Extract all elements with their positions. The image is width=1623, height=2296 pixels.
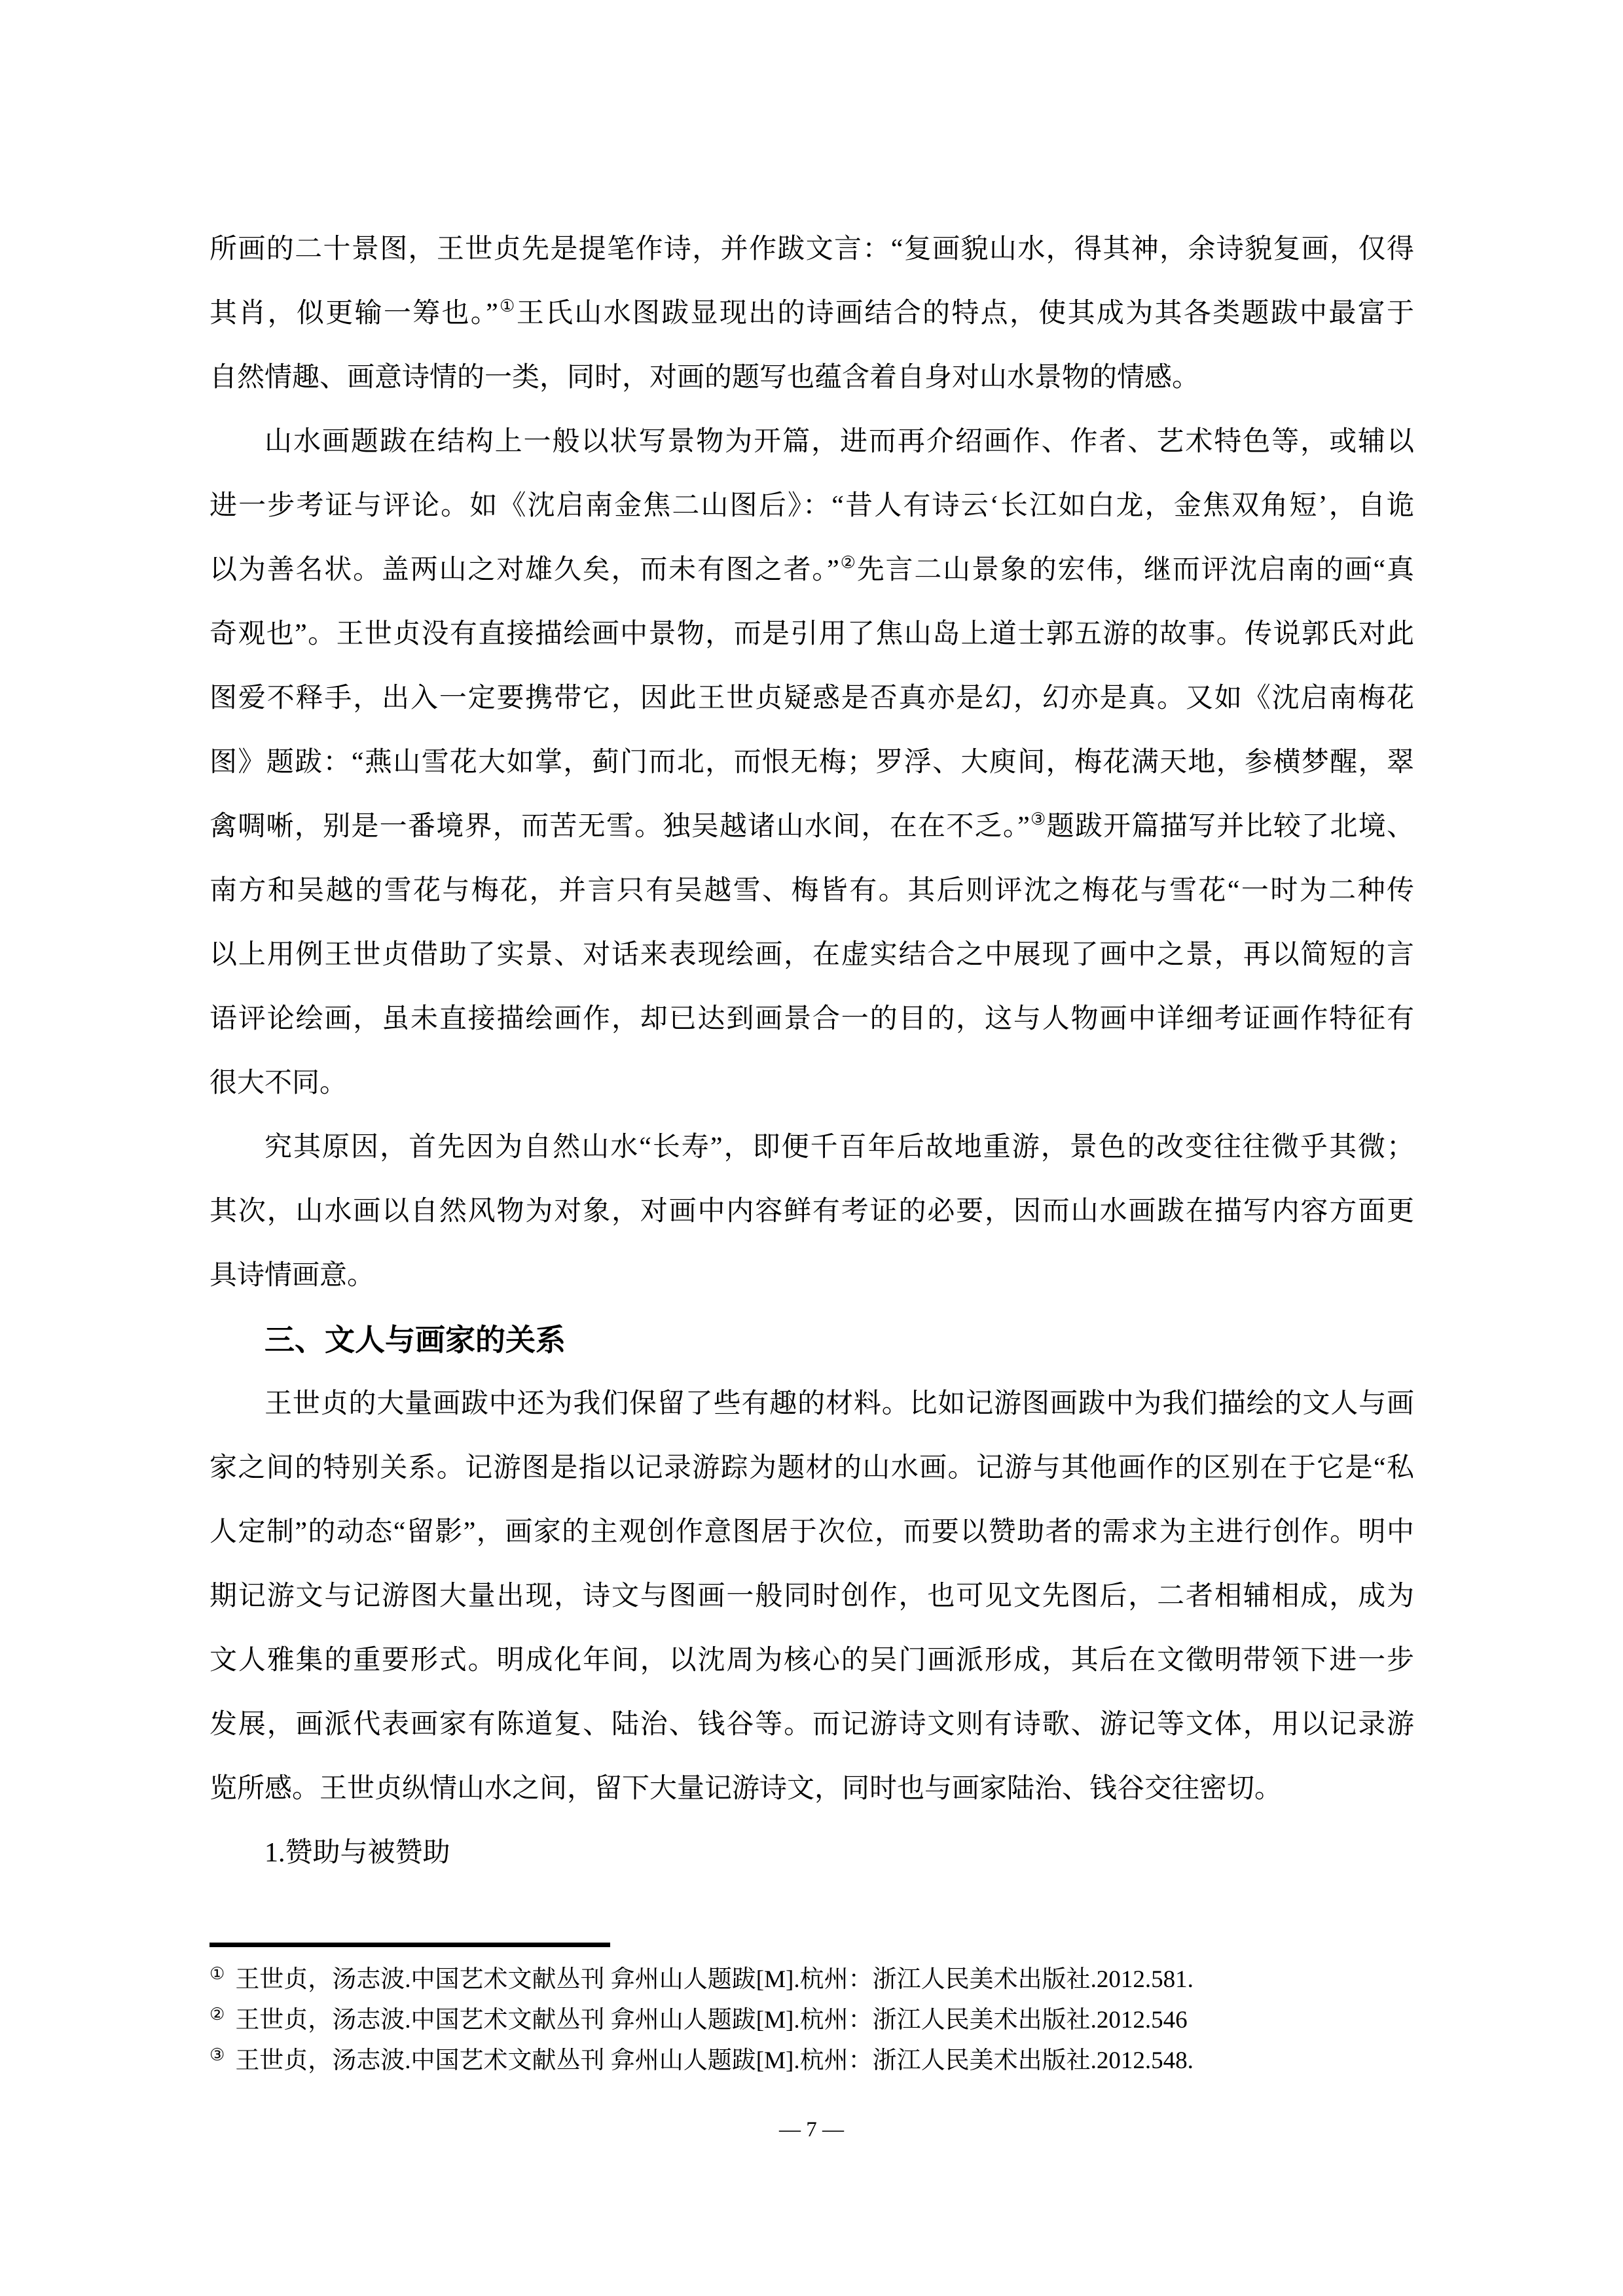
text-segment: 禽啁唽，别是一番境界，而苦无雪。独吴越诸山水间，在在不乏。”: [210, 812, 1030, 842]
footnote-text: 王世贞，汤志波.中国艺术文献丛刊 弇州山人题跋[M].杭州：浙江人民美术出版社.…: [235, 2007, 1187, 2034]
text-line: 进一步考证与评论。如《沈启南金焦二山图后》：“昔人有诗云‘长江如白龙，金焦双角短…: [210, 474, 1414, 538]
text-segment: 王世贞的大量画跋中还为我们保留了些有趣的材料。比如记游图画跋中为我们描绘的文人与…: [264, 1389, 1414, 1419]
text-segment: 题跋开篇描写并比较了北境、: [1047, 812, 1414, 842]
text-line: 奇观也”。王世贞没有直接描绘画中景物，而是引用了焦山岛上道士郭五游的故事。传说郭…: [210, 602, 1414, 666]
text-segment: 很大不同。: [210, 1068, 347, 1098]
text-segment: 图爱不释手，出入一定要携带它，因此王世贞疑惑是否真亦是幻，幻亦是真。又如《沈启南…: [210, 683, 1414, 713]
text-segment: 图》题跋：“燕山雪花大如掌，蓟门而北，而恨无梅；罗浮、大庾间，梅花满天地，参横梦…: [210, 747, 1414, 778]
para-reasons: 究其原因，首先因为自然山水“长寿”，即便千百年后故地重游，景色的改变往往微乎其微…: [210, 1115, 1414, 1308]
text-segment: 以为善名状。盖两山之对雄久矣，而未有图之者。”: [210, 555, 839, 585]
text-line: 图》题跋：“燕山雪花大如掌，蓟门而北，而恨无梅；罗浮、大庾间，梅花满天地，参横梦…: [210, 730, 1414, 795]
text-line: 以为善名状。盖两山之对雄久矣，而未有图之者。”②先言二山景象的宏伟，继而评沈启南…: [210, 538, 1414, 602]
text-line: 期记游文与记游图大量出现，诗文与图画一般同时创作，也可见文先图后，二者相辅相成，…: [210, 1564, 1414, 1628]
text-line: 很大不同。: [210, 1051, 1414, 1115]
text-segment: 具诗情画意。: [210, 1261, 374, 1291]
text-segment: 其肖，似更输一筹也。”: [210, 298, 498, 329]
text-line: 人定制”的动态“留影”，画家的主观创作意图居于次位，而要以赞助者的需求为主进行创…: [210, 1500, 1414, 1564]
text-line: 山水画题跋在结构上一般以状写景物为开篇，进而再介绍画作、作者、艺术特色等，或辅以: [210, 410, 1414, 474]
text-line: 禽啁唽，别是一番境界，而苦无雪。独吴越诸山水间，在在不乏。”③题跋开篇描写并比较…: [210, 795, 1414, 859]
footnote-separator-rule: [210, 1943, 610, 1947]
text-line: 语评论绘画，虽未直接描绘画作，却已达到画景合一的目的，这与人物画中详细考证画作特…: [210, 987, 1414, 1051]
text-line: 以上用例王世贞借助了实景、对话来表现绘画，在虚实结合之中展现了画中之景，再以简短…: [210, 923, 1414, 987]
subsection-heading-patronage: 1.赞助与被赞助: [210, 1821, 1414, 1885]
footnote-item: ③王世贞，汤志波.中国艺术文献丛刊 弇州山人题跋[M].杭州：浙江人民美术出版社…: [210, 2041, 1414, 2081]
text-segment: 人定制”的动态“留影”，画家的主观创作意图居于次位，而要以赞助者的需求为主进行创…: [210, 1517, 1414, 1547]
text-segment: 览所感。王世贞纵情山水之间，留下大量记游诗文，同时也与画家陆治、钱谷交往密切。: [210, 1774, 1282, 1804]
para-landscape-inscription-continuation: 所画的二十景图，王世贞先是提笔作诗，并作跋文言：“复画貌山水，得其神，余诗貌复画…: [210, 217, 1414, 410]
text-line: 三、文人与画家的关系: [210, 1308, 1414, 1372]
footnote-ref-marker: ①: [498, 296, 517, 315]
para-structure-of-inscriptions: 山水画题跋在结构上一般以状写景物为开篇，进而再介绍画作、作者、艺术特色等，或辅以…: [210, 410, 1414, 1115]
text-line: 其肖，似更输一筹也。”①王氏山水图跋显现出的诗画结合的特点，使其成为其各类题跋中…: [210, 281, 1414, 346]
text-segment: 山水画题跋在结构上一般以状写景物为开篇，进而再介绍画作、作者、艺术特色等，或辅以: [264, 427, 1414, 457]
document-body: 所画的二十景图，王世贞先是提笔作诗，并作跋文言：“复画貌山水，得其神，余诗貌复画…: [210, 217, 1414, 1885]
text-segment: 自然情趣、画意诗情的一类，同时，对画的题写也蕴含着自身对山水景物的情感。: [210, 363, 1199, 393]
text-line: 所画的二十景图，王世贞先是提笔作诗，并作跋文言：“复画貌山水，得其神，余诗貌复画…: [210, 217, 1414, 281]
text-segment: 王氏山水图跋显现出的诗画结合的特点，使其成为其各类题跋中最富于: [517, 298, 1414, 329]
text-segment: 家之间的特别关系。记游图是指以记录游踪为题材的山水画。记游与其他画作的区别在于它…: [210, 1453, 1414, 1483]
text-line: 发展，画派代表画家有陈道复、陆治、钱谷等。而记游诗文则有诗歌、游记等文体，用以记…: [210, 1693, 1414, 1757]
footnote-text: 王世贞，汤志波.中国艺术文献丛刊 弇州山人题跋[M].杭州：浙江人民美术出版社.…: [235, 1966, 1194, 1993]
page-number: — 7 —: [0, 2115, 1623, 2144]
document-page: 所画的二十景图，王世贞先是提笔作诗，并作跋文言：“复画貌山水，得其神，余诗貌复画…: [0, 0, 1623, 2296]
text-line: 文人雅集的重要形式。明成化年间，以沈周为核心的吴门画派形成，其后在文徵明带领下进…: [210, 1628, 1414, 1693]
footnote-item: ①王世贞，汤志波.中国艺术文献丛刊 弇州山人题跋[M].杭州：浙江人民美术出版社…: [210, 1960, 1414, 2000]
para-travel-record-paintings: 王世贞的大量画跋中还为我们保留了些有趣的材料。比如记游图画跋中为我们描绘的文人与…: [210, 1372, 1414, 1821]
footnotes: ①王世贞，汤志波.中国艺术文献丛刊 弇州山人题跋[M].杭州：浙江人民美术出版社…: [210, 1960, 1414, 2081]
text-line: 王世贞的大量画跋中还为我们保留了些有趣的材料。比如记游图画跋中为我们描绘的文人与…: [210, 1372, 1414, 1436]
footnote-text: 王世贞，汤志波.中国艺术文献丛刊 弇州山人题跋[M].杭州：浙江人民美术出版社.…: [235, 2047, 1194, 2074]
text-segment: 所画的二十景图，王世贞先是提笔作诗，并作跋文言：“复画貌山水，得其神，余诗貌复画…: [210, 234, 1414, 264]
text-line: 1.赞助与被赞助: [210, 1821, 1414, 1885]
footnote-ref-marker: ②: [839, 553, 857, 572]
text-line: 具诗情画意。: [210, 1244, 1414, 1308]
section-heading-literati-painters: 三、文人与画家的关系: [210, 1308, 1414, 1372]
text-segment: 其次，山水画以自然风物为对象，对画中内容鲜有考证的必要，因而山水画跋在描写内容方…: [210, 1196, 1414, 1227]
text-segment: 以上用例王世贞借助了实景、对话来表现绘画，在虚实结合之中展现了画中之景，再以简短…: [210, 940, 1414, 970]
text-line: 究其原因，首先因为自然山水“长寿”，即便千百年后故地重游，景色的改变往往微乎其微…: [210, 1115, 1414, 1179]
footnote-marker: ③: [210, 2045, 225, 2064]
footnote-item: ②王世贞，汤志波.中国艺术文献丛刊 弇州山人题跋[M].杭州：浙江人民美术出版社…: [210, 2000, 1414, 2041]
text-segment: 先言二山景象的宏伟，继而评沈启南的画“真: [857, 555, 1414, 585]
text-segment: 奇观也”。王世贞没有直接描绘画中景物，而是引用了焦山岛上道士郭五游的故事。传说郭…: [210, 619, 1414, 649]
text-line: 览所感。王世贞纵情山水之间，留下大量记游诗文，同时也与画家陆治、钱谷交往密切。: [210, 1757, 1414, 1821]
text-segment: 究其原因，首先因为自然山水“长寿”，即便千百年后故地重游，景色的改变往往微乎其微…: [264, 1132, 1414, 1162]
text-segment: 三、文人与画家的关系: [264, 1323, 566, 1357]
text-line: 其次，山水画以自然风物为对象，对画中内容鲜有考证的必要，因而山水画跋在描写内容方…: [210, 1179, 1414, 1244]
text-segment: 进一步考证与评论。如《沈启南金焦二山图后》：“昔人有诗云‘长江如白龙，金焦双角短…: [210, 491, 1414, 521]
footnote-marker: ②: [210, 2005, 225, 2024]
text-line: 图爱不释手，出入一定要携带它，因此王世贞疑惑是否真亦是幻，幻亦是真。又如《沈启南…: [210, 666, 1414, 730]
text-segment: 发展，画派代表画家有陈道复、陆治、钱谷等。而记游诗文则有诗歌、游记等文体，用以记…: [210, 1710, 1414, 1740]
text-line: 自然情趣、画意诗情的一类，同时，对画的题写也蕴含着自身对山水景物的情感。: [210, 346, 1414, 410]
text-line: 家之间的特别关系。记游图是指以记录游踪为题材的山水画。记游与其他画作的区别在于它…: [210, 1436, 1414, 1500]
text-line: 南方和吴越的雪花与梅花，并言只有吴越雪、梅皆有。其后则评沈之梅花与雪花“一时为二…: [210, 859, 1414, 923]
text-segment: 文人雅集的重要形式。明成化年间，以沈周为核心的吴门画派形成，其后在文徵明带领下进…: [210, 1645, 1414, 1676]
footnote-marker: ①: [210, 1964, 225, 1983]
text-segment: 南方和吴越的雪花与梅花，并言只有吴越雪、梅皆有。其后则评沈之梅花与雪花“一时为二…: [210, 876, 1414, 923]
text-segment: 期记游文与记游图大量出现，诗文与图画一般同时创作，也可见文先图后，二者相辅相成，…: [210, 1581, 1414, 1611]
text-segment: 语评论绘画，虽未直接描绘画作，却已达到画景合一的目的，这与人物画中详细考证画作特…: [210, 1004, 1414, 1034]
text-segment: 1.赞助与被赞助: [264, 1838, 450, 1868]
footnote-ref-marker: ③: [1030, 810, 1047, 829]
